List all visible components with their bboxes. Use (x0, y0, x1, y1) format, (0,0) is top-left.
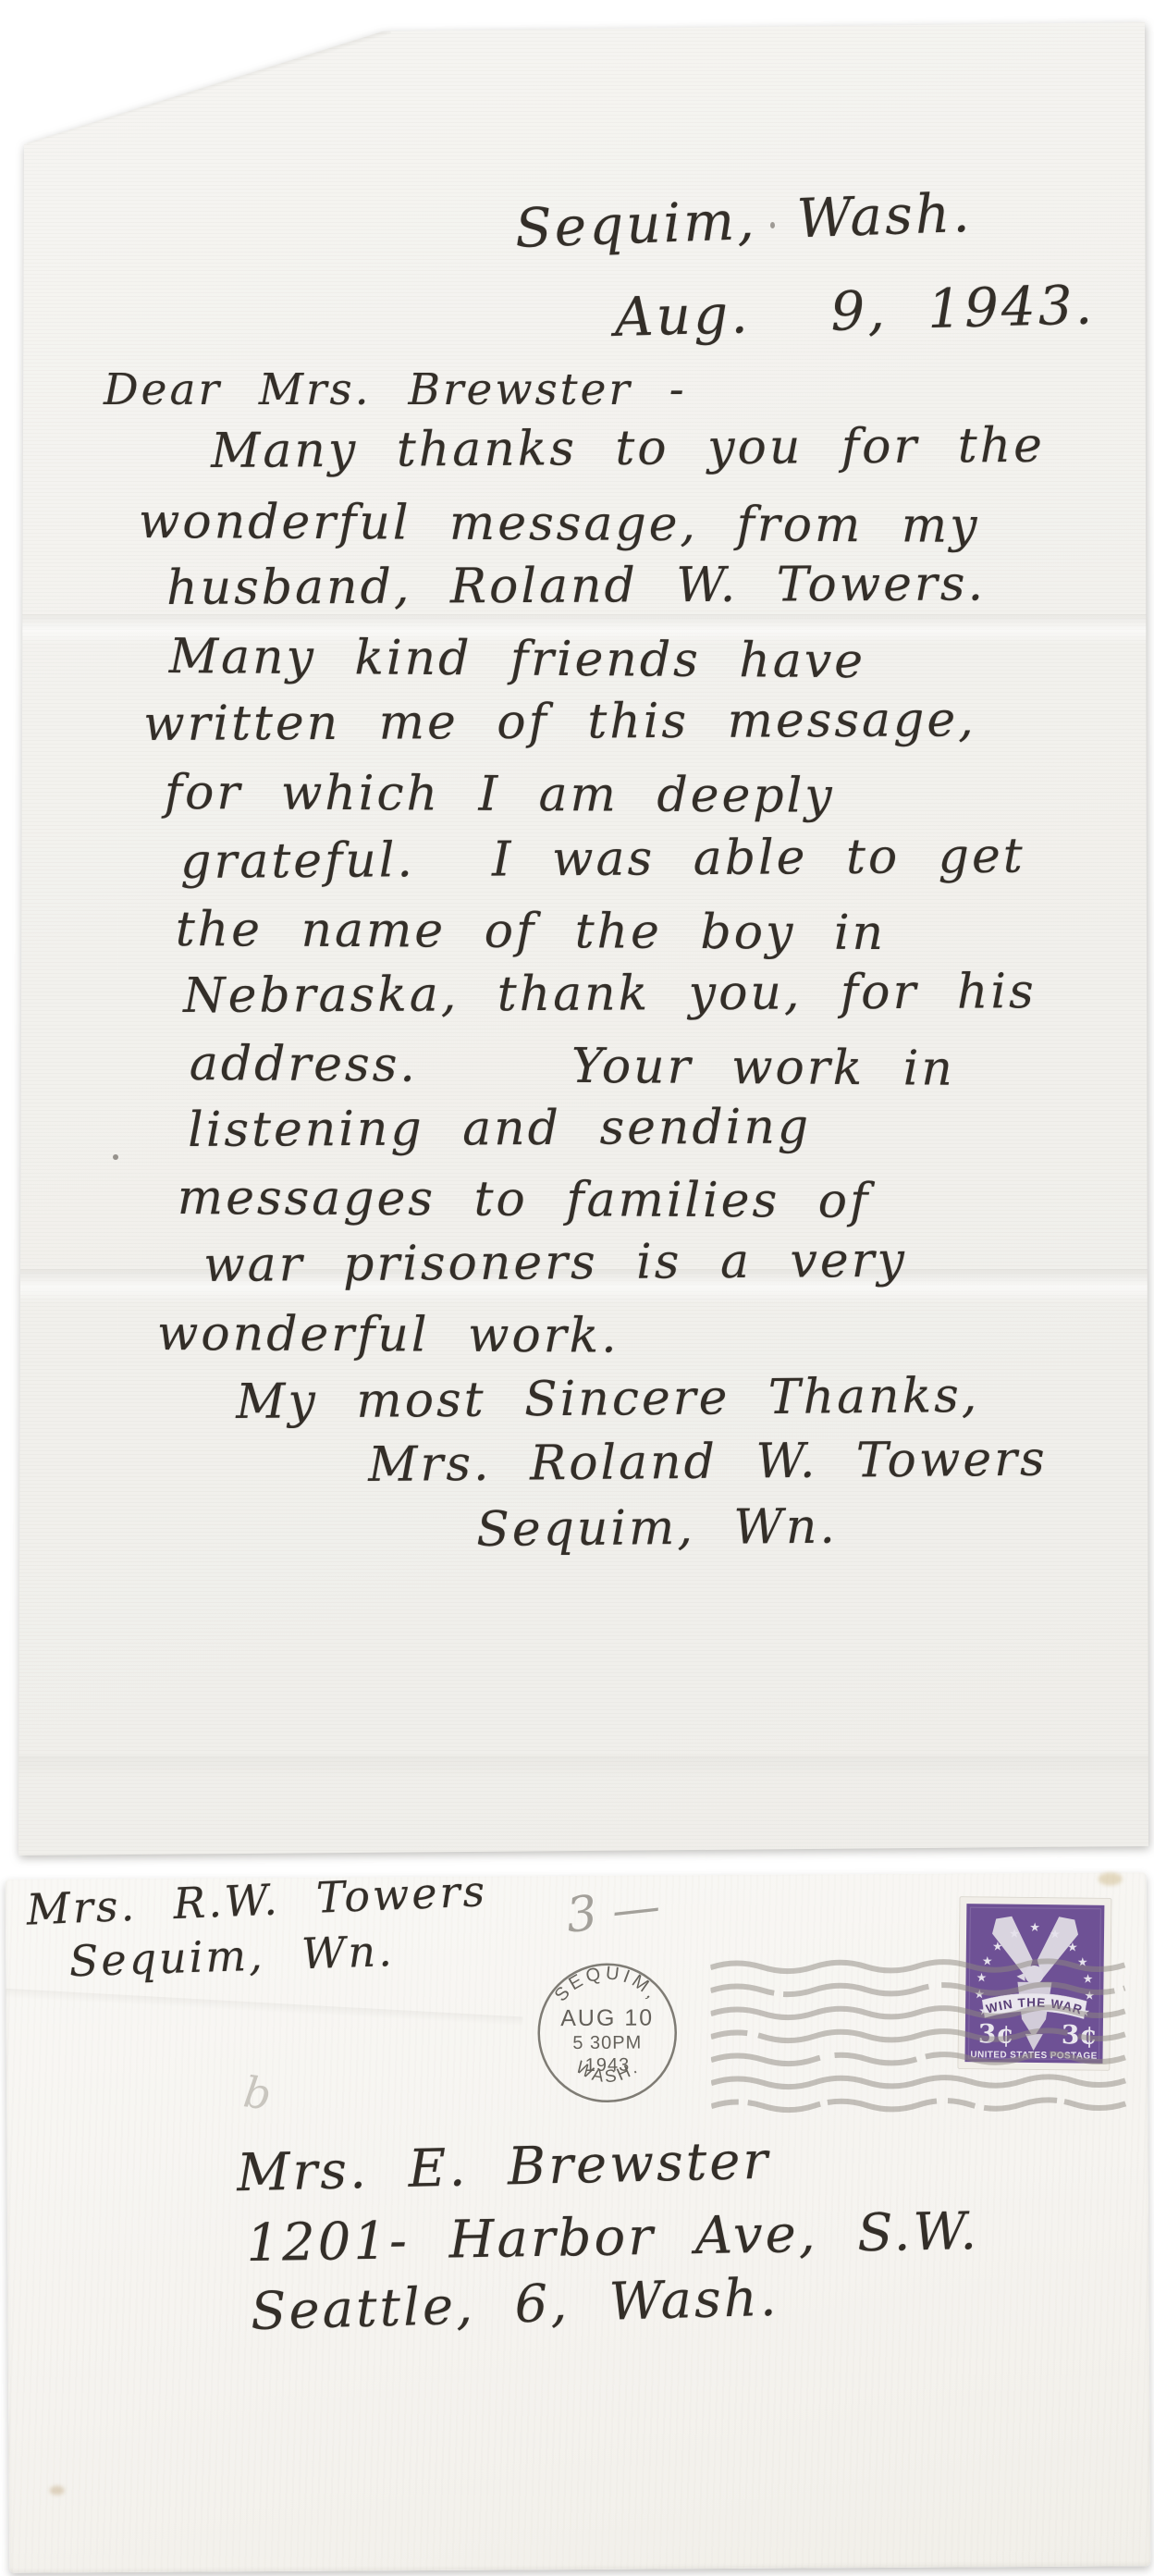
envelope: Mrs. R.W. Towers Sequim, Wn. 3 — b SEQUI… (6, 1872, 1151, 2573)
star-icon: ★ (1050, 1928, 1061, 1941)
folded-corner-crease (24, 24, 392, 146)
letter-body-line: Nebraska, thank you, for his (183, 968, 1037, 1020)
star-icon: ★ (1029, 1921, 1040, 1935)
cancellation-wavy-lines (710, 1954, 1154, 2115)
postmark-stamp-circle: SEQUIM, WASH. AUG 10 5 30PM 1943 (534, 1960, 680, 2105)
postmark-year: 1943 (585, 2055, 631, 2076)
letter-page-wrap: Sequim, Wash. Aug. 9, 1943. Dear Mrs. Br… (0, 0, 1154, 1864)
fold-crease (0, 1756, 1154, 1780)
letter-body-line: address. Your work in (190, 1040, 955, 1093)
star-icon: ★ (1009, 1928, 1020, 1941)
letter-signature: Mrs. Roland W. Towers (368, 1436, 1048, 1489)
scanned-letter-and-envelope: Sequim, Wash. Aug. 9, 1943. Dear Mrs. Br… (0, 0, 1154, 2576)
foxing-stain (1099, 1872, 1123, 1885)
letter-body-line: husband, Roland W. Towers. (166, 560, 986, 612)
pencil-doodle: b (241, 2070, 274, 2116)
postmark-time: 5 30PM (572, 2033, 642, 2053)
postmark-city: SEQUIM, (550, 1963, 663, 2006)
letter-closing: My most Sincere Thanks, (236, 1372, 980, 1426)
letter-dateline-date: Aug. 9, 1943. (614, 277, 1096, 344)
letter-body-line: the name of the boy in (176, 906, 886, 957)
letter-body-line: written me of this message, (143, 696, 976, 748)
envelope-return-address-line1: Mrs. R.W. Towers (26, 1869, 488, 1930)
postmark-date: AUG 10 (560, 2004, 654, 2031)
letter-body-line: grateful. I was able to get (180, 832, 1025, 886)
letter-page: Sequim, Wash. Aug. 9, 1943. Dear Mrs. Br… (0, 0, 1154, 1861)
letter-dateline-city: Sequim, Wash. (514, 186, 973, 255)
letter-body-line: war prisoners is a very (203, 1237, 907, 1289)
envelope-crease (6, 1989, 523, 2027)
svg-text:SEQUIM,: SEQUIM, (550, 1963, 663, 2006)
letter-body-line: listening and sending (188, 1103, 811, 1154)
letter-body-line: Many kind friends have (169, 633, 866, 685)
letter-body-line: wonderful message, from my (139, 498, 980, 550)
star-icon: ★ (1067, 1941, 1078, 1954)
letter-body-line: messages to families of (178, 1174, 871, 1226)
star-icon: ★ (992, 1940, 1003, 1954)
letter-body-line: wonderful work. (157, 1310, 620, 1361)
letter-signature-place: Sequim, Wn. (476, 1503, 838, 1554)
ink-speck (113, 1154, 118, 1160)
pencil-rate-note: 3 — (564, 1882, 663, 1941)
envelope-address-line3: Seattle, 6, Wash. (250, 2273, 780, 2338)
letter-salutation: Dear Mrs. Brewster - (104, 368, 687, 412)
letter-body-line: Many thanks to you for the (211, 422, 1045, 475)
envelope-address-line2: 1201- Harbor Ave, S.W. (246, 2206, 979, 2270)
letter-body-line: for which I am deeply (165, 769, 835, 820)
foxing-stain (50, 2485, 65, 2495)
envelope-address-line1: Mrs. E. Brewster (236, 2136, 770, 2200)
envelope-return-address-line2: Sequim, Wn. (68, 1929, 395, 1982)
